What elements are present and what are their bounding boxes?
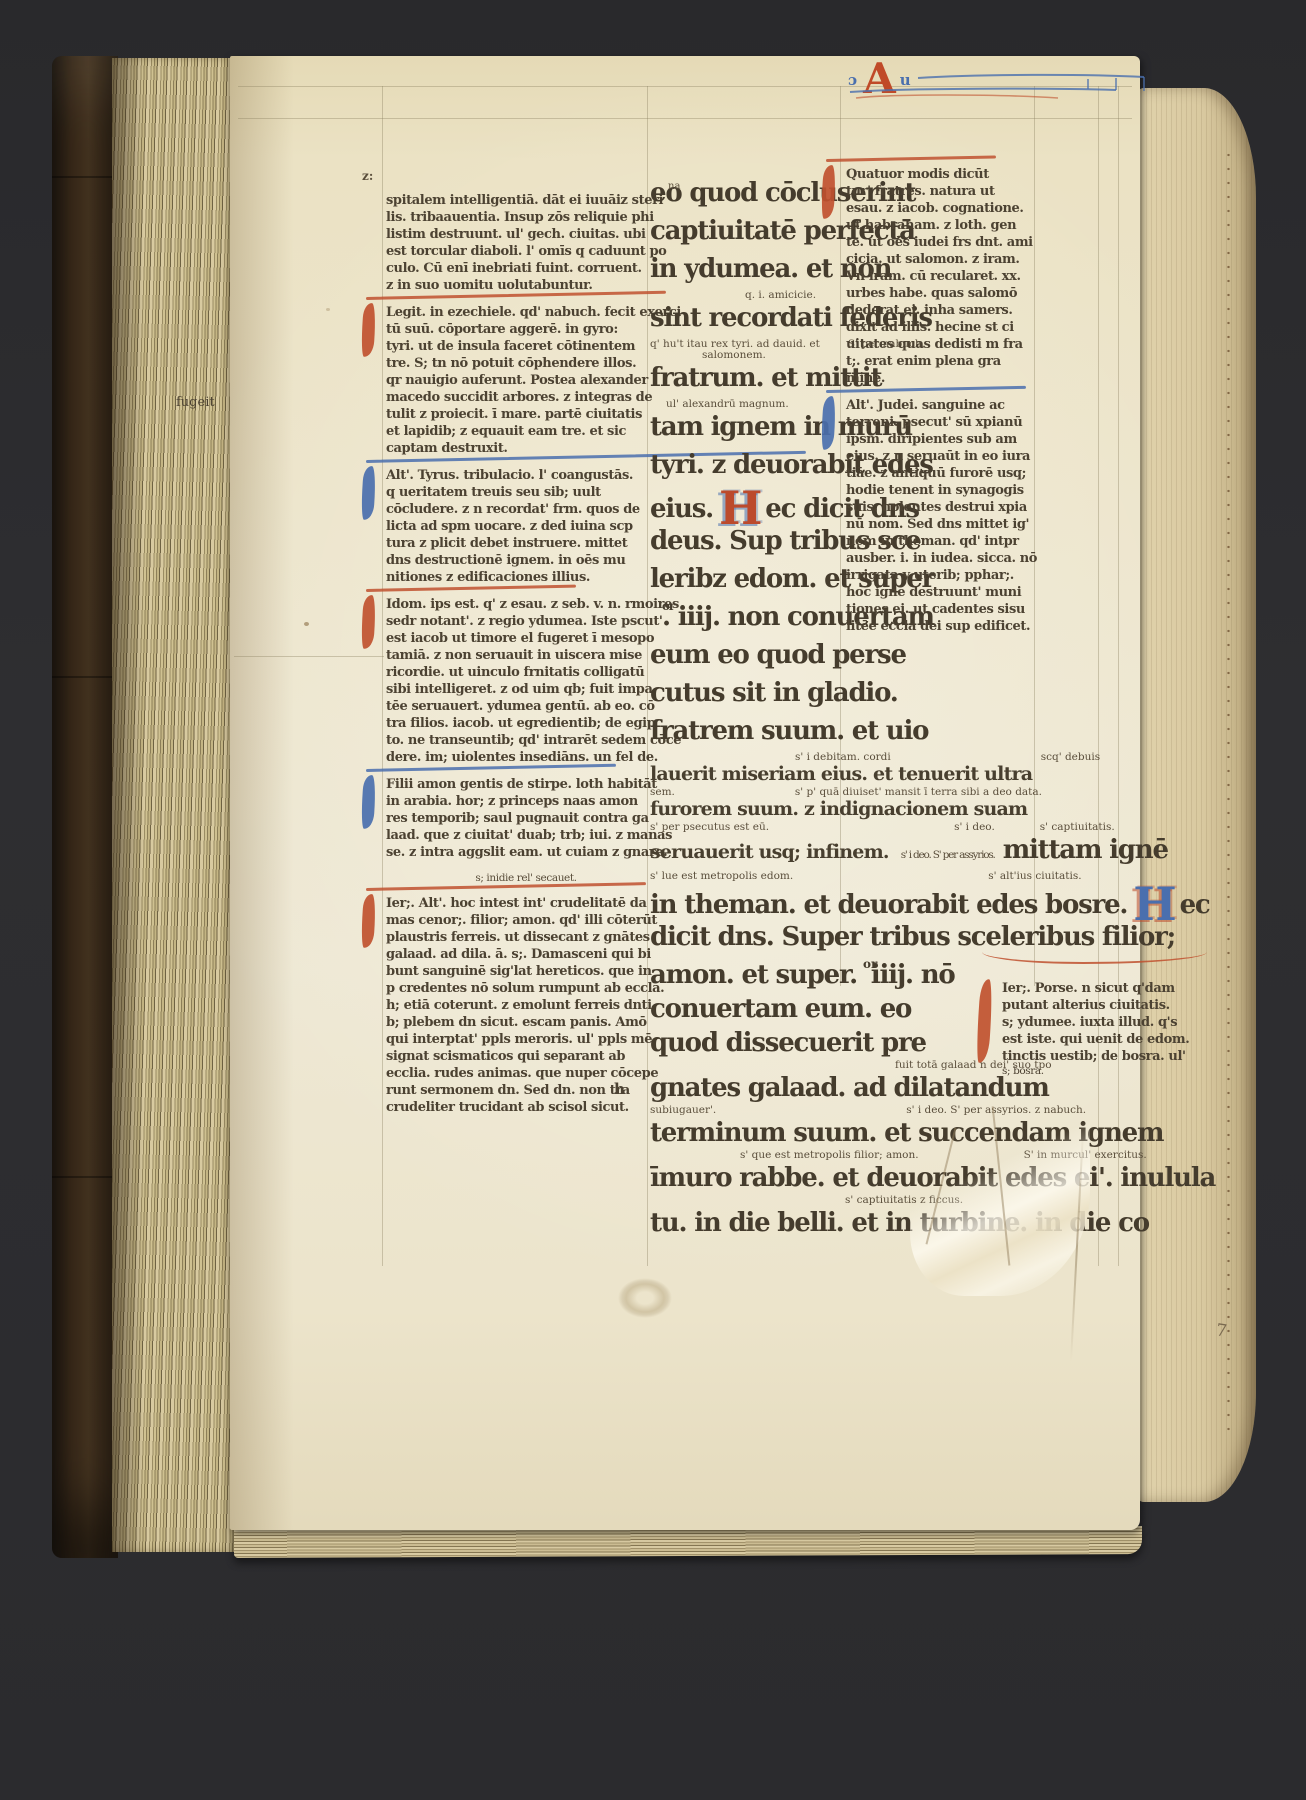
text-line: hodie tenent in synagogis — [846, 482, 1046, 499]
paragraph-flourish — [822, 396, 835, 450]
paragraph-flourish — [362, 595, 375, 649]
repair-crease — [992, 1106, 1010, 1265]
text-segment: amon. et super. — [650, 960, 857, 990]
text-line: Quatuor modis dicūt — [846, 166, 1046, 183]
text-line: listim destruunt. ul' gech. ciuitas. ubi — [386, 226, 666, 243]
text-line: ricordie. ut uinculo frnitatis colligatū — [386, 664, 666, 681]
interlinear-correction: na — [668, 182, 680, 192]
illuminated-initial: H — [1133, 889, 1175, 919]
flourish-blade — [360, 595, 377, 650]
text-line: urbes habe. quas salomō — [846, 285, 1046, 302]
text-line: Idom. ips est. q' z esau. z seb. v. n. r… — [386, 596, 666, 613]
text-segment: s' captiuitatis. — [1040, 821, 1115, 833]
text-line: tulit z proiecit. ī mare. partē ciuitati… — [386, 406, 666, 423]
text-line: macedo succidit arbores. z integras de — [386, 389, 666, 406]
spine-ridge — [52, 676, 118, 678]
text-segment: ul' alexandrū magnum. — [666, 398, 789, 410]
text-row: fratrem suum. et uio — [650, 714, 1120, 752]
gloss-line: s; bosra. — [1002, 1065, 1192, 1077]
text-segment: s' p' quā diuiset' mansit ī terra sibi a… — [795, 786, 1042, 798]
text-segment: quod dissecuerit pre — [650, 1028, 926, 1058]
text-line: to. ne transeuntib; qd' intrarēt sedem c… — [386, 732, 666, 749]
text-line: te. ut oēs iudei frs dnt. ami — [846, 234, 1046, 251]
text-line: tū suū. cōportare aggerē. in gyro: — [386, 321, 666, 338]
text-line: Filii amon gentis de stirpe. loth habitā… — [386, 776, 666, 793]
text-line: litēe eccla dei sup edificet. — [846, 618, 1046, 635]
text-line: nitiones z edificaciones illius. — [386, 569, 666, 586]
page-stack-left-edges — [112, 58, 236, 1552]
text-segment: ec — [1180, 890, 1210, 920]
text-line: qr nauigio auferunt. Postea alexander — [386, 372, 666, 389]
text-line: ut habraham. z loth. gen — [846, 217, 1046, 234]
text-line: Alt'. Judei. sanguine ac — [846, 397, 1046, 414]
text-line: tamiā. z non seruauit in uiscera mise — [386, 647, 666, 664]
text-line: est torcular diaboli. l' omīs q caduunt … — [386, 243, 666, 260]
flourish-blade — [360, 894, 377, 949]
text-line: in arabia. hor; z princeps naas amon — [386, 793, 666, 810]
spine-ridge — [52, 1176, 118, 1178]
text-line: tyri. ut de insula faceret cōtinentem — [386, 338, 666, 355]
text-line: tra filios. iacob. ut egredientib; de eg… — [386, 715, 666, 732]
commentary-paragraph: Ier;. Porse. n sicut q'damputant alteriu… — [1002, 980, 1192, 1077]
text-line: irrigata y uterib; pphar;. — [846, 567, 1046, 584]
spine-ridge — [52, 176, 118, 178]
commentary-paragraph: Idom. ips est. q' z esau. z seb. v. n. r… — [386, 596, 666, 766]
text-line: tēe seruauert. ydumea gentū. ab eo. cō — [386, 698, 666, 715]
text-row: s' i debitam. cordiscq' debuis — [650, 752, 1120, 763]
catchword: h — [614, 1082, 625, 1097]
commentary-paragraph: Quatuor modis dicūttur' fratres. natura … — [846, 166, 1046, 387]
bottom-page-edges — [234, 1526, 1142, 1558]
text-row: in theman. et deuorabit edes bosre.Hec — [650, 882, 1120, 920]
text-segment: s' i debitam. cordi — [795, 751, 891, 763]
ruling-line — [234, 656, 384, 657]
right-commentary-column: Quatuor modis dicūttur' fratres. natura … — [846, 166, 1046, 645]
text-line: culo. Cū enī inebriati fuint. corruent. — [386, 260, 666, 277]
commentary-paragraph: Filii amon gentis de stirpe. loth habitā… — [386, 776, 666, 861]
text-line: tre. S; tn nō potuit cōphendere illos. — [386, 355, 666, 372]
paragraph-flourish — [362, 775, 375, 829]
text-line: q ueritatem treuis seu sib; uult — [386, 484, 666, 501]
commentary-paragraph: Alt'. Tyrus. tribulacio. l' coangustās.q… — [386, 467, 666, 586]
text-line: ipsm. diripientes sub am — [846, 431, 1046, 448]
text-line: dere. im; uiolentes insediāns. un fel de… — [386, 749, 666, 766]
flourish-blade — [360, 775, 377, 830]
paragraph-flourish — [978, 979, 991, 1063]
text-line: uitates quas dedisti m fra — [846, 336, 1046, 353]
text-line: bunt sanguinē sig'lat hereticos. que in — [386, 963, 666, 980]
text-line: tiones ei. ut cadentes sisu — [846, 601, 1046, 618]
text-line: Ier;. Alt'. hoc intest int' crudelitatē … — [386, 895, 666, 912]
text-line: p credentes nō solum rumpunt ab eccla. — [386, 980, 666, 997]
manuscript-page: ɔAu spitalem intelligentiā. dāt ei iuuāi… — [230, 56, 1140, 1530]
ink-speck — [304, 622, 309, 626]
text-line: tur' fratres. natura ut — [846, 183, 1046, 200]
text-line: Alt'. Tyrus. tribulacio. l' coangustās. — [386, 467, 666, 484]
text-line: tiāe. z antiquū furorē usq; — [846, 465, 1046, 482]
text-segment: conuertam eum. eo — [650, 994, 911, 1024]
text-segment: s' alt'ius ciuitatis. — [988, 870, 1081, 882]
text-line: dns destructionē ignem. in oēs mu — [386, 552, 666, 569]
ink-speck — [326, 308, 330, 311]
text-line: cōcludere. z n recordat' frm. quos de — [386, 501, 666, 518]
text-row: s' lue est metropolis edom.s' alt'ius ci… — [650, 871, 1120, 882]
text-line: ausber. i. in iudea. sicca. nō — [846, 550, 1046, 567]
commentary-paragraph: spitalem intelligentiā. dāt ei iuuāiz st… — [386, 192, 666, 294]
text-line: res temporib; saul pugnauit contra ga — [386, 810, 666, 827]
text-line: mas cenor;. filior; amon. qd' illi cōter… — [386, 912, 666, 929]
paragraph-flourish — [362, 303, 375, 357]
text-line: laad. que z ciuitat' duab; trb; iui. z m… — [386, 827, 666, 844]
text-segment: eius. — [650, 494, 713, 524]
text-segment: s' i deo. — [954, 821, 995, 833]
text-segment: sem. — [650, 786, 675, 798]
text-line: Vn iram. cū recularet. xx. — [846, 268, 1046, 285]
flourish-blade — [820, 396, 837, 451]
paragraph-flourish — [362, 466, 375, 520]
text-segment: s' per psecutus est eū. — [650, 821, 769, 833]
text-line: est iacob ut timore el fugeret ī mesopo — [386, 630, 666, 647]
text-line: h; etiā coterunt. z emolunt ferreis dnti — [386, 997, 666, 1014]
text-line: mine. — [846, 370, 1046, 387]
text-segment: s' lue est metropolis edom. — [650, 870, 793, 882]
sewing-dots — [1227, 148, 1230, 1432]
text-line: et lapidib; z equauit eam tre. et sic — [386, 423, 666, 440]
commentary-paragraph: Alt'. Judei. sanguine acterreni. psecut'… — [846, 397, 1046, 635]
flourish-blade — [360, 466, 377, 521]
text-segment: mittam ignē — [1003, 835, 1168, 865]
text-line: spitalem intelligentiā. dāt ei iuuāiz st… — [386, 192, 666, 209]
book-spine — [52, 56, 118, 1558]
commentary-paragraph: Legit. in ezechiele. qd' nabuch. fecit e… — [386, 304, 666, 457]
text-line: plaustris ferreis. ut dissecant z gnātes — [386, 929, 666, 946]
text-segment: s' i deo. S' per assyrios. — [901, 849, 995, 861]
text-line: nem in theman. qd' intpr — [846, 533, 1046, 550]
text-line: esau. z iacob. cognatione. — [846, 200, 1046, 217]
text-line: dixit ad illis. hecine st ci — [846, 319, 1046, 336]
flourish-hook — [826, 155, 996, 161]
text-line: signat scismaticos qui separant ab — [386, 1048, 666, 1065]
text-segment: furorem suum. z indignacionem suam — [650, 798, 1027, 820]
text-line: sibi intelligeret. z od uim qb; fuit imp… — [386, 681, 666, 698]
text-segment: cutus sit in gladio. — [650, 678, 898, 708]
text-line: galaad. ad dila. ā. s;. Damasceni qui bi — [386, 946, 666, 963]
text-line: hoc igne destruunt' muni — [846, 584, 1046, 601]
text-segment: seruauerit usq; infinem. — [650, 841, 889, 863]
text-line: t;. erat enim plena gra — [846, 353, 1046, 370]
text-row: cutus sit in gladio. — [650, 676, 1120, 714]
text-segment: s' que est metropolis filior; amon. — [740, 1149, 919, 1161]
ruling-line — [238, 118, 1132, 119]
photo-background: ɔAu spitalem intelligentiā. dāt ei iuuāi… — [0, 0, 1306, 1800]
text-line: Legit. in ezechiele. qd' nabuch. fecit e… — [386, 304, 666, 321]
text-line: licta ad spm uocare. z ded iuina scp — [386, 518, 666, 535]
text-line: terreni. psecut' sū xpianū — [846, 414, 1046, 431]
text-line: b; plebem dn sicut. escam panis. Amō — [386, 1014, 666, 1031]
left-commentary-column: spitalem intelligentiā. dāt ei iuuāiz st… — [386, 192, 666, 1126]
text-line: eius. z n seruaūt in eo iura — [846, 448, 1046, 465]
text-row: lauerit miseriam eius. et tenuerit ultra — [650, 763, 1120, 787]
paragraph-flourish — [822, 165, 835, 219]
text-segment: in theman. et deuorabit edes bosre. — [650, 890, 1127, 920]
ruling-line — [382, 86, 383, 1266]
paragraph-flourish — [362, 894, 375, 948]
text-line: se. z intra aggslit eam. ut cuiam z gnar… — [386, 844, 666, 861]
text-line: nū nom. Sed dns mittet ig' — [846, 516, 1046, 533]
text-line: est iste. qui uenit de edom. — [1002, 1031, 1192, 1048]
flourish-blade — [820, 165, 837, 220]
stain-spot — [618, 1278, 672, 1318]
fore-edge-page-stack — [1136, 88, 1256, 1502]
text-line: tinctis uestib; de bosra. ul' — [1002, 1048, 1192, 1065]
text-line: qui interptat' ppls meroris. ul' ppls mē… — [386, 1031, 666, 1048]
text-row: sem.s' p' quā diuiset' mansit ī terra si… — [650, 787, 1120, 798]
text-line: sedr notant'. z regio ydumea. Iste pscut… — [386, 613, 666, 630]
marginal-note: fugeit — [176, 396, 215, 410]
margin-mark: z: — [362, 170, 373, 182]
illuminated-initial: H — [719, 493, 761, 523]
parchment-repair — [910, 1086, 1090, 1296]
text-segment: fratrem suum. et uio — [650, 716, 928, 746]
text-line: s; ydumee. iuxta illud. q's — [1002, 1014, 1192, 1031]
text-line: putant alterius ciuitatis. — [1002, 997, 1192, 1014]
right-lower-commentary: Ier;. Porse. n sicut q'damputant alteriu… — [1002, 980, 1192, 1087]
text-row: furorem suum. z indignacionem suam — [650, 798, 1120, 822]
text-segment: lauerit miseriam eius. et tenuerit ultra — [650, 763, 1032, 785]
text-segment: salomonem. — [702, 349, 766, 361]
text-segment: subiugauer'. — [650, 1104, 716, 1116]
text-row: s' per psecutus est eū.s' i deo.s' capti… — [650, 822, 1120, 833]
flourish-blade — [360, 303, 377, 358]
text-line: cicia. ut salomon. z iram. — [846, 251, 1046, 268]
text-line: lis. tribaauentia. Insup zōs reliquie ph… — [386, 209, 666, 226]
text-line: tura z plicit debet instruere. mittet — [386, 535, 666, 552]
text-line: Ier;. Porse. n sicut q'dam — [1002, 980, 1192, 997]
text-line: dederat ei. inha samers. — [846, 302, 1046, 319]
text-row: seruauerit usq; infinem.s' i deo. S' per… — [650, 833, 1120, 871]
text-line: crudeliter trucidant ab scisol sicut. — [386, 1099, 666, 1116]
repair-crease — [926, 1128, 956, 1245]
blue-pen-flourish — [848, 58, 1148, 106]
text-line: suis. nolentes destrui xpia — [846, 499, 1046, 516]
text-segment: dicit dns. Super tribus sceleribus filio… — [650, 922, 1175, 952]
text-segment: q. i. amicicie. — [745, 289, 816, 301]
text-segment: scq' debuis — [1041, 751, 1100, 763]
